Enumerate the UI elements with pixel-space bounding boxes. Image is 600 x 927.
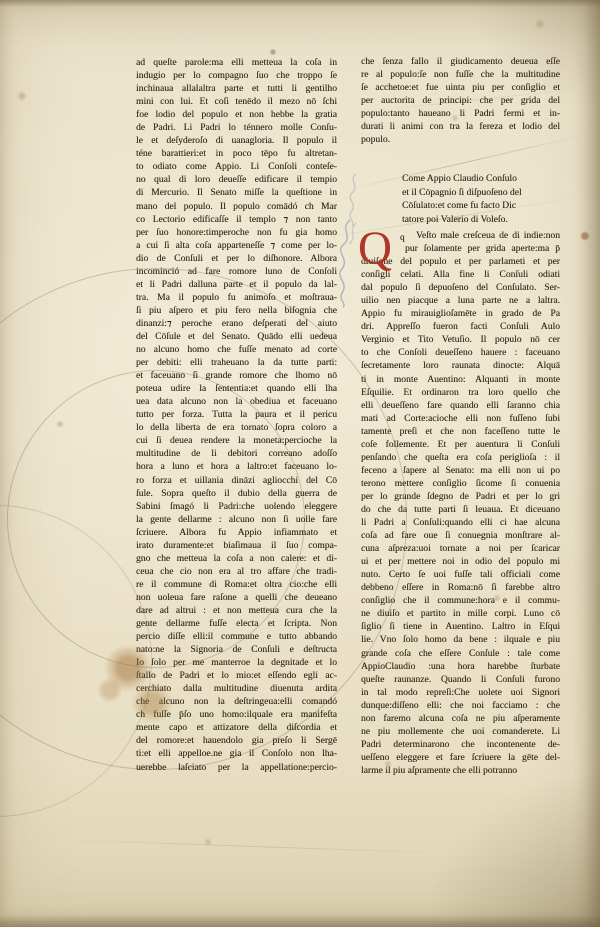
text-line: co Lectorio edificaſſe il templo ⁊ non t…	[136, 213, 337, 226]
text-line: Come Appio Claudio Conſulo	[402, 172, 564, 186]
text-line: ſi piu aſpero et piu fero nella biſognia…	[136, 304, 337, 317]
text-line: ti:et elli appelloe.ne gia il Conſolo no…	[136, 747, 337, 760]
text-line: lie. Vno ſolo homo da bene : ilquale e p…	[361, 633, 560, 646]
text-line: mini con lui. Et coſi tenēdo il mezo nō …	[136, 95, 337, 108]
text-line: ad queſte parole:ma elli metteua la coſa…	[136, 56, 337, 69]
text-line: mente capo et attizatore della diſcordia…	[136, 721, 337, 734]
book-page: ad queſte parole:ma elli metteua la coſa…	[0, 0, 600, 927]
text-line: irato duramente:et biaſimaua il ſuo comp…	[136, 539, 337, 552]
text-line: indugio per lo compagno ſuo che troppo ſ…	[136, 69, 337, 82]
text-line: ſtallo de Padri et lo mio:et eſſendo egl…	[136, 669, 337, 682]
left-text-column: ad queſte parole:ma elli metteua la coſa…	[136, 56, 337, 774]
text-line: no alcuno homo che fuſſe menato ad corte	[136, 343, 337, 356]
text-line: tutto per forza. Tutta la paura et il pe…	[136, 408, 337, 421]
text-line: ti in monte Auentino: Alquanti in monte	[361, 373, 560, 386]
text-line: non uoleua fare raſone a quelli che deue…	[136, 591, 337, 604]
text-line: uerebbe laſciato per la appellatione:per…	[136, 761, 337, 774]
text-line: debbeno eſſere in Roma:nō ſi farebbe alt…	[361, 581, 560, 594]
text-line: nuto. Certo ſe uoi fuſſe tali officiali …	[361, 568, 560, 581]
text-line: per ſuo honore:timperoche non fu gia hom…	[136, 226, 337, 239]
text-line: non faremo alcuna coſa ne piu aſperament…	[361, 712, 560, 725]
text-line: et li Padri dalluna parte et il populo d…	[136, 278, 337, 291]
text-line: ſecretamente loro raunata dinocte: Alquā	[361, 359, 560, 372]
text-line: del Cōſule et del Senato. Quādo elli ued…	[136, 330, 337, 343]
text-line: terono mettere conſiglio ſicome ſi conue…	[361, 477, 560, 490]
text-line: uea data alcuno non la obediua et faceua…	[136, 395, 337, 408]
text-line: durati li animi con tra la fereza et lod…	[361, 120, 560, 133]
text-line: gente dellarme fuſſe electa et ſcripta. …	[136, 617, 337, 630]
text-line: ſcriuere. Albora fu Appio infiammato et	[136, 526, 337, 539]
text-line: mano del populo. Il populo comādó ch Mar	[136, 200, 337, 213]
text-line: Io ſolo per me manterroe la degnitade et…	[136, 656, 337, 669]
text-line: dinanzi:⁊ peroche erano deſperati del ai…	[136, 317, 337, 330]
text-line: téne barattieri:et in poco tēpo fu altre…	[136, 147, 337, 160]
paper-crease	[40, 838, 470, 854]
text-line: coſe follemente. Et per auentura li Conſ…	[361, 438, 560, 451]
text-line: incominció ad fare romore luno de Conſol…	[136, 265, 337, 278]
text-line: cui ſi deuea rendere la moneta:percioche…	[136, 434, 337, 447]
text-line: ſule. Sopra queſto il dubio della guerra…	[136, 487, 337, 500]
text-line: in tal modo repreſi:Che uolete uoi Signo…	[361, 686, 560, 699]
text-line: mati ad Corte:acioche elli non fuſſeno ſ…	[361, 412, 560, 425]
text-line: Cōſulato:et come fu facto Dic	[402, 199, 564, 213]
text-line: et faceuano ſi grande romore che lhomo n…	[136, 369, 337, 382]
text-line: che alcuno non la deſtringeua:elli coman…	[136, 695, 337, 708]
text-line: populo.	[361, 133, 560, 146]
text-line: per debiti: elli traheuano la da tutte p…	[136, 356, 337, 369]
text-line: AppioClaudio :una hora harebbe ſturbate	[361, 660, 560, 673]
text-line: tra. Ma il populo fu animoſo et moſtraua…	[136, 291, 337, 304]
text-line: coſa ad fare oue ſi conuegnia monſtrare …	[361, 529, 560, 542]
text-line: li Padri a Conſuli:quando elli ci hae al…	[361, 516, 560, 529]
text-line: dunque:diſſeno elli: che noi facciamo : …	[361, 699, 560, 712]
text-line: per lo grande ſdegno de Padri et per lo …	[361, 490, 560, 503]
text-line: Appio fu mirauiglioſamēte in grado de Pa	[361, 307, 560, 320]
text-line: de Padri. Li Padri lo ténnero molle Conſ…	[136, 121, 337, 134]
text-line: hora a luno et hora a laltro:et faceuano…	[136, 460, 337, 473]
text-line: Padri determinarono che incontenente de-	[361, 738, 560, 751]
text-line: grande coſa che eſſere Conſule : tale co…	[361, 647, 560, 660]
text-line: dare ad altrui : et non metteua cura che…	[136, 604, 337, 617]
text-line: no qual di loro deueſſe edificare il tem…	[136, 173, 337, 186]
text-line: tamente preſi et che non faceſſeno tutte…	[361, 425, 560, 438]
text-line: uilio nen piacque a luna parte ne a lalt…	[361, 294, 560, 307]
text-line: do che da tutte parti ſi leuaua. Et dice…	[361, 503, 560, 516]
text-line: dal populo ſi depuoſeno del Conſulato. S…	[361, 281, 560, 294]
text-line: re il commune di Roma:et oltra cio:che e…	[136, 578, 337, 591]
text-line: nato:ne la Signoria de Conſuli e deſtruc…	[136, 643, 337, 656]
page-corner-shadow	[460, 0, 600, 115]
text-line: Eſquilie. Et ordinaron tra loro quello c…	[361, 386, 560, 399]
page-corner-shadow	[410, 757, 600, 927]
text-line: et il Cōpagnio ſi diſpuoſeno del	[402, 186, 564, 200]
text-line: inchinaua allalaltra parte et tutti li g…	[136, 82, 337, 95]
text-line: le et deſyderoſo di uanagloria. Il popul…	[136, 134, 337, 147]
text-line: lo della liberta de era tornato ſopra co…	[136, 421, 337, 434]
text-line: cerchiato dalla multitudine diuenuta ard…	[136, 682, 337, 695]
text-line: percio diſſe elli:il commune e tutto abb…	[136, 630, 337, 643]
text-line: la gente dellarme : alcuno non ſi uolle …	[136, 513, 337, 526]
text-line: ceua che cio non era al tro affare che t…	[136, 565, 337, 578]
text-line: dio de Conſuli et per lo diſhonore. Albo…	[136, 252, 337, 265]
pen-flourish-icon	[344, 172, 366, 228]
chapter-heading: Come Appio Claudio Conſuloet il Cōpagnio…	[402, 172, 564, 226]
text-line: ne piu mollemente che uoi comanderete. L…	[361, 725, 560, 738]
text-line: ſiglio ſi tiene in Auentino. Laltro in E…	[361, 620, 560, 633]
text-line: di Mercurio. Il Senato miſſe la queſtion…	[136, 186, 337, 199]
text-line: Verginio et Tito Vetuſio. Il populo nō c…	[361, 333, 560, 346]
text-line: ch fuſſe p̄ſo uno homo:ilquale era manif…	[136, 708, 337, 721]
text-line: foe lodio del populo et non hebbe la gra…	[136, 108, 337, 121]
drop-cap-initial-q: Q	[358, 225, 392, 272]
text-line: poteua udire la ſententia:et quando elli…	[136, 382, 337, 395]
initial-guide-letter: q	[400, 231, 405, 244]
text-line: to odiato come Appio. Li Conſoli conteſe…	[136, 160, 337, 173]
text-line: penſando che queſta era coſa periglioſa …	[361, 451, 560, 464]
text-line: dri. Appreſſo fueron facti Conſuli Aulo	[361, 320, 560, 333]
text-line: tatore poi Valerio di Voleſo.	[402, 213, 564, 227]
text-line: ui et per mettere noi in odio del populo…	[361, 555, 560, 568]
chapter-paragraph: Q q Veſto male creſceua de di indie:nonp…	[361, 229, 560, 777]
text-line: queſte raunanze. Quando li Conſuli furon…	[361, 673, 560, 686]
text-line: conſiglio che il commune:hora e il commu…	[361, 594, 560, 607]
text-line: gno che metteua la coſa a non calere: et…	[136, 552, 337, 565]
text-line: Sabini ſmagó li Padri:che uolendo elegge…	[136, 500, 337, 513]
text-line: cuna aſpreza:uoi tornate a noi per ſcari…	[361, 542, 560, 555]
text-line: ne diuiſo et partito in mille corpi. Lun…	[361, 607, 560, 620]
text-line: elli deueſſeno fare quando elli ſaranno …	[361, 399, 560, 412]
text-line: ro forza et uillania dināzi agliocchi de…	[136, 474, 337, 487]
text-line: to che Conſoli deueſſeno hauere : faceua…	[361, 346, 560, 359]
text-line: multitudine de li debitori correano adoſ…	[136, 447, 337, 460]
text-line: a cui ſi alta coſa apparteneſſe ⁊ come p…	[136, 239, 337, 252]
text-line: feceno a ſapere al Senato: ma elli non u…	[361, 464, 560, 477]
text-line: del romore:et hauendolo gia preſo li Ser…	[136, 734, 337, 747]
